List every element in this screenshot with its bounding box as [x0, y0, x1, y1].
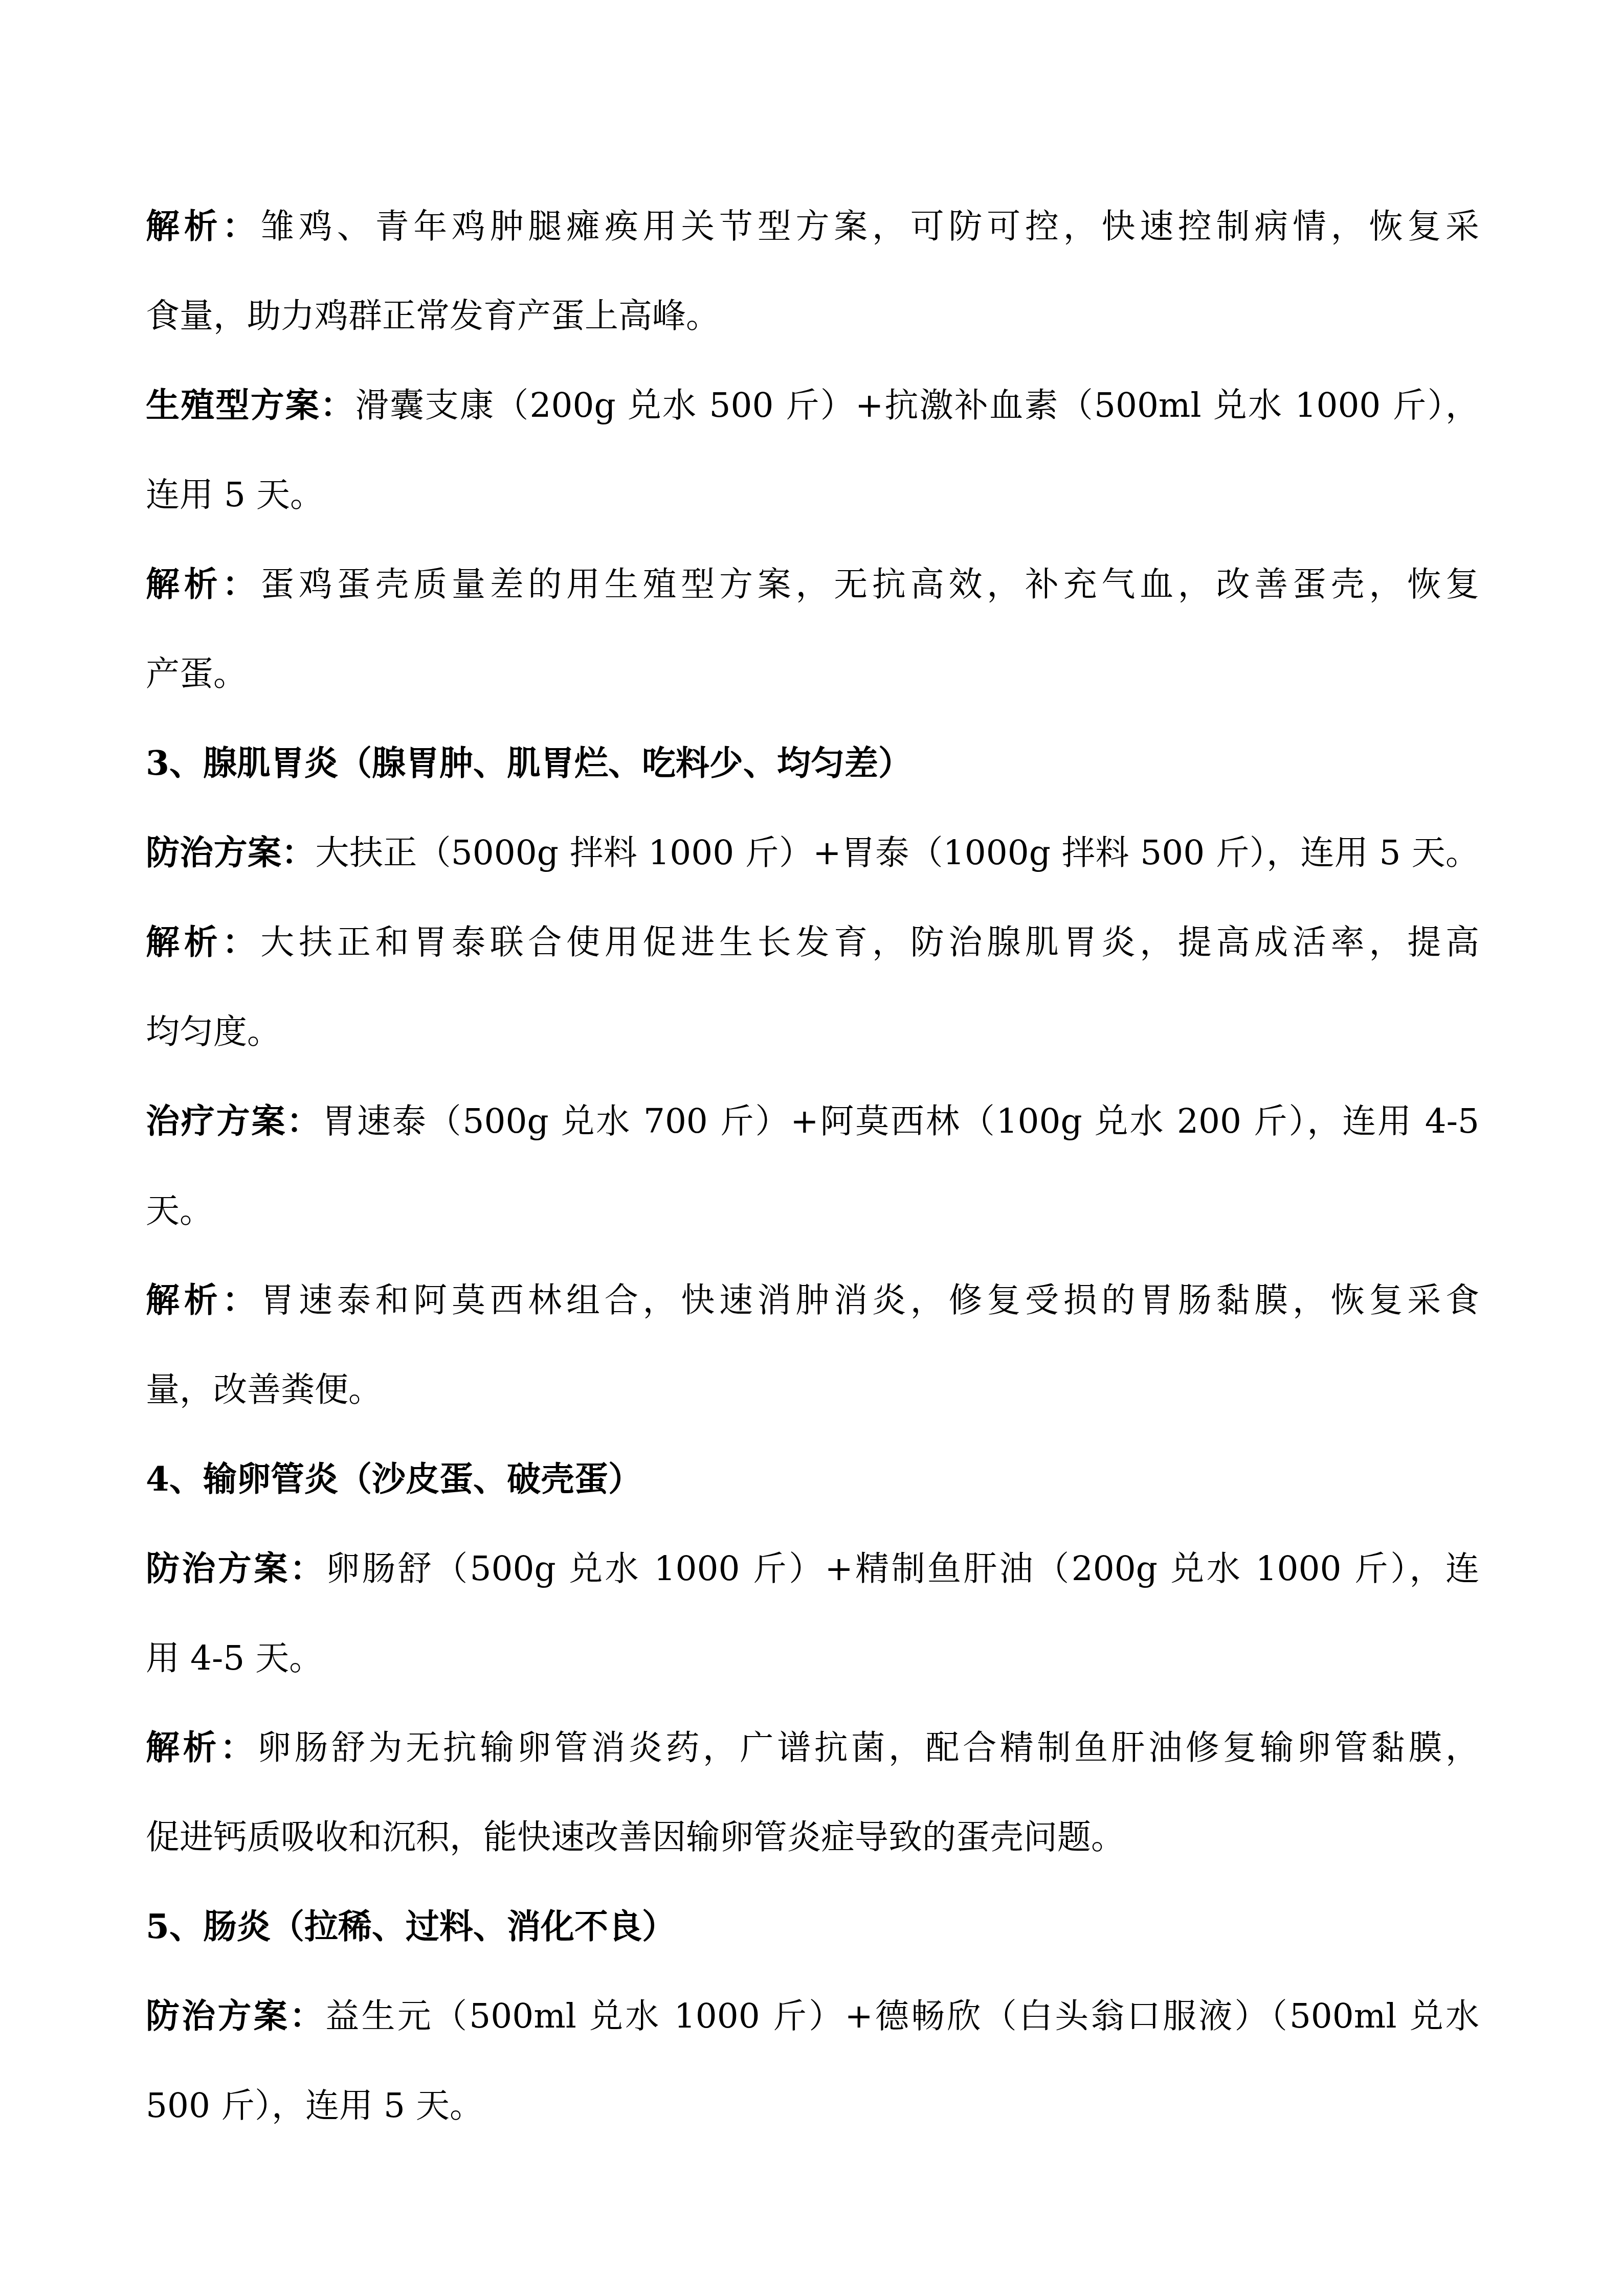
line-text: 均匀度。: [146, 1012, 281, 1051]
line-text: 胃速泰和阿莫西林组合，快速消肿消炎，修复受损的胃肠黏膜，恢复采食: [260, 1280, 1479, 1320]
text-line: 均匀度。: [146, 987, 1479, 1076]
text-line: 解析：雏鸡、青年鸡肿腿瘫痪用关节型方案，可防可控，快速控制病情，恢复采: [146, 182, 1479, 271]
section-heading: 3、腺肌胃炎（腺胃肿、肌胃烂、吃料少、均匀差）: [146, 718, 1479, 808]
line-text: 天。: [146, 1191, 213, 1230]
line-label: 解析：: [146, 1280, 260, 1320]
line-text: 卵肠舒（500g 兑水 1000 斤）+精制鱼肝油（200g 兑水 1000 斤…: [326, 1549, 1479, 1588]
line-label: 防治方案：: [146, 1548, 326, 1588]
line-text: 促进钙质吸收和沉积，能快速改善因输卵管炎症导致的蛋壳问题。: [146, 1817, 1125, 1857]
line-label: 防治方案：: [146, 1996, 325, 2036]
text-line: 防治方案：益生元（500ml 兑水 1000 斤）+德畅欣（白头翁口服液）（50…: [146, 1971, 1479, 2061]
text-line: 解析：胃速泰和阿莫西林组合，快速消肿消炎，修复受损的胃肠黏膜，恢复采食: [146, 1255, 1479, 1345]
line-label: 解析：: [146, 1727, 257, 1767]
line-text: 蛋鸡蛋壳质量差的用生殖型方案，无抗高效，补充气血，改善蛋壳，恢复: [260, 565, 1479, 604]
section-heading: 5、肠炎（拉稀、过料、消化不良）: [146, 1882, 1479, 1971]
line-text: 卵肠舒为无抗输卵管消炎药，广谱抗菌，配合精制鱼肝油修复输卵管黏膜，: [257, 1728, 1479, 1767]
text-line: 量，改善粪便。: [146, 1345, 1479, 1434]
line-text: 用 4-5 天。: [146, 1638, 323, 1678]
text-line: 促进钙质吸收和沉积，能快速改善因输卵管炎症导致的蛋壳问题。: [146, 1792, 1479, 1882]
document-body: 解析：雏鸡、青年鸡肿腿瘫痪用关节型方案，可防可控，快速控制病情，恢复采食量，助力…: [146, 182, 1479, 2150]
line-text: 产蛋。: [146, 654, 247, 693]
line-text: 连用 5 天。: [146, 475, 324, 514]
text-line: 解析：大扶正和胃泰联合使用促进生长发育，防治腺肌胃炎，提高成活率，提高: [146, 897, 1479, 987]
text-line: 防治方案：大扶正（5000g 拌料 1000 斤）+胃泰（1000g 拌料 50…: [146, 808, 1479, 897]
line-label: 生殖型方案：: [146, 385, 355, 425]
line-label: 解析：: [146, 922, 260, 962]
text-line: 防治方案：卵肠舒（500g 兑水 1000 斤）+精制鱼肝油（200g 兑水 1…: [146, 1524, 1479, 1613]
line-text: 500 斤），连用 5 天。: [146, 2086, 483, 2125]
document-page: 解析：雏鸡、青年鸡肿腿瘫痪用关节型方案，可防可控，快速控制病情，恢复采食量，助力…: [0, 0, 1624, 2296]
line-text: 益生元（500ml 兑水 1000 斤）+德畅欣（白头翁口服液）（500ml 兑…: [325, 1996, 1479, 2036]
text-line: 天。: [146, 1166, 1479, 1255]
text-line: 解析：蛋鸡蛋壳质量差的用生殖型方案，无抗高效，补充气血，改善蛋壳，恢复: [146, 539, 1479, 629]
text-line: 生殖型方案：滑囊支康（200g 兑水 500 斤）+抗激补血素（500ml 兑水…: [146, 361, 1479, 450]
line-text: 量，改善粪便。: [146, 1370, 382, 1409]
text-line: 500 斤），连用 5 天。: [146, 2061, 1479, 2150]
text-line: 产蛋。: [146, 629, 1479, 718]
line-label: 解析：: [146, 564, 260, 604]
line-text: 大扶正（5000g 拌料 1000 斤）+胃泰（1000g 拌料 500 斤），…: [316, 833, 1479, 872]
line-text: 大扶正和胃泰联合使用促进生长发育，防治腺肌胃炎，提高成活率，提高: [260, 922, 1479, 962]
text-line: 用 4-5 天。: [146, 1613, 1479, 1703]
line-text: 4、输卵管炎（沙皮蛋、破壳蛋）: [146, 1459, 642, 1499]
text-line: 食量，助力鸡群正常发育产蛋上高峰。: [146, 271, 1479, 361]
line-text: 雏鸡、青年鸡肿腿瘫痪用关节型方案，可防可控，快速控制病情，恢复采: [260, 207, 1479, 246]
line-text: 食量，助力鸡群正常发育产蛋上高峰。: [146, 296, 720, 335]
text-line: 解析：卵肠舒为无抗输卵管消炎药，广谱抗菌，配合精制鱼肝油修复输卵管黏膜，: [146, 1703, 1479, 1792]
section-heading: 4、输卵管炎（沙皮蛋、破壳蛋）: [146, 1434, 1479, 1524]
line-text: 3、腺肌胃炎（腺胃肿、肌胃烂、吃料少、均匀差）: [146, 743, 912, 783]
line-label: 防治方案：: [146, 832, 316, 872]
line-text: 5、肠炎（拉稀、过料、消化不良）: [146, 1906, 676, 1946]
line-label: 解析：: [146, 206, 260, 246]
line-label: 治疗方案：: [146, 1101, 322, 1141]
text-line: 治疗方案：胃速泰（500g 兑水 700 斤）+阿莫西林（100g 兑水 200…: [146, 1076, 1479, 1166]
line-text: 胃速泰（500g 兑水 700 斤）+阿莫西林（100g 兑水 200 斤），连…: [322, 1101, 1479, 1141]
text-line: 连用 5 天。: [146, 450, 1479, 539]
line-text: 滑囊支康（200g 兑水 500 斤）+抗激补血素（500ml 兑水 1000 …: [355, 386, 1479, 425]
